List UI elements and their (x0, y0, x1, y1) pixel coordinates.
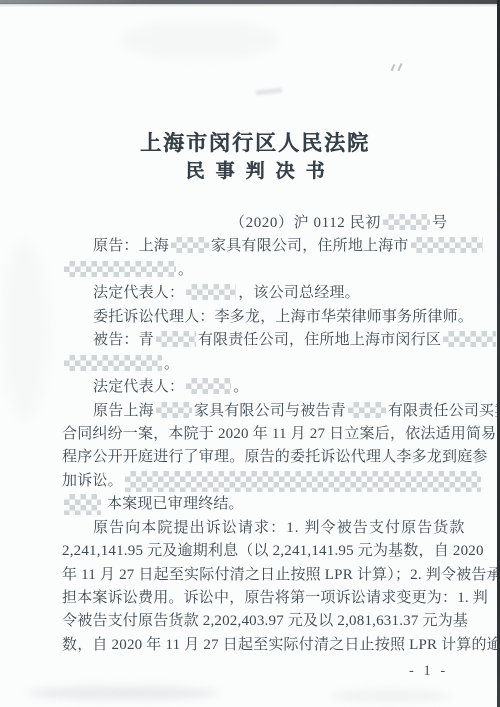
redaction-mosaic (64, 355, 162, 371)
text-segment: 原告：上海 (93, 238, 169, 254)
text-segment: 程序公开开庭进行了审理。原告的委托诉讼代理人李多龙到庭参 (62, 449, 488, 465)
text-line: 委托诉讼代理人：李多龙，上海市华荣律师事务所律师。 (62, 306, 468, 329)
redaction-mosaic (186, 378, 231, 394)
pencil-smudge (256, 88, 282, 96)
text-line: 原告：上海家具有限公司，住所地上海市 (62, 235, 468, 258)
text-segment: 。 (233, 379, 248, 395)
redaction-mosaic (348, 402, 386, 418)
text-segment: 法定代表人： (93, 285, 184, 301)
scan-smudge (330, 690, 450, 702)
text-line: 原告上海家具有限公司与被告青有限责任公司买卖 (62, 400, 468, 423)
scan-smudge (28, 686, 218, 700)
text-segment: 加诉讼。 (62, 473, 123, 489)
text-segment: 被告：青 (93, 332, 154, 348)
text-line: 。 (62, 259, 468, 282)
redaction-mosaic (125, 471, 481, 492)
text-segment: 令被告支付原告货款 2,202,403.97 元及以 2,081,631.37 … (62, 613, 468, 629)
text-line: 本案现已审理终结。 (62, 493, 468, 516)
text-line: 令被告支付原告货款 2,202,403.97 元及以 2,081,631.37 … (62, 610, 468, 633)
text-segment: 担本案诉讼费用。诉讼中，原告将第一项诉讼请求变更为：1. 判 (62, 590, 488, 606)
text-line: 2,241,141.95 元及逾期利息（以 2,241,141.95 元为基数，… (62, 540, 468, 563)
document-title: 民事判决书 (10, 161, 500, 183)
text-segment: 年 11 月 27 日起至实际付清之日止按照 LPR 计算）；2. 判令被告承 (62, 567, 500, 583)
redaction-mosaic (383, 214, 430, 230)
text-segment: 法定代表人： (93, 379, 184, 395)
text-line: 原告向本院提出诉讼请求：1. 判令被告支付原告货款 (62, 517, 468, 540)
redaction-mosaic (156, 331, 196, 347)
page-number: - 1 - (409, 663, 448, 680)
text-segment: 数，自 2020 年 11 月 27 日起至实际付清之日止按照 LPR 计算的逾 (62, 637, 500, 653)
text-segment: 有限责任公司买卖 (388, 403, 500, 419)
text-segment: 号 (432, 215, 448, 231)
redaction-mosaic (171, 237, 209, 253)
handwritten-mark (397, 63, 402, 71)
text-line: （2020）沪 0112 民初号 (62, 212, 468, 235)
text-line: 法定代表人：，该公司总经理。 (62, 282, 468, 305)
text-line: 被告：青有限责任公司，住所地上海市闵行区 (62, 329, 468, 352)
text-line: 法定代表人：。 (62, 376, 468, 399)
handwritten-mark (391, 64, 395, 71)
text-segment: 家具有限公司与被告青 (194, 403, 346, 419)
text-segment: ，该公司总经理。 (238, 285, 360, 301)
text-line: 数，自 2020 年 11 月 27 日起至实际付清之日止按照 LPR 计算的逾 (62, 634, 468, 657)
redaction-mosaic (186, 284, 236, 300)
document-body: （2020）沪 0112 民初号原告：上海家具有限公司，住所地上海市。法定代表人… (62, 212, 468, 657)
redaction-mosaic (64, 494, 101, 515)
text-line: 担本案诉讼费用。诉讼中，原告将第一项诉讼请求变更为：1. 判 (62, 587, 468, 610)
redaction-mosaic (411, 237, 483, 253)
scan-smudge (0, 240, 50, 420)
text-segment: 。 (178, 262, 193, 278)
scan-smudge (120, 20, 280, 60)
text-segment: 原告上海 (93, 403, 154, 419)
text-segment: 合同纠纷一案，本院于 2020 年 11 月 27 日立案后，依法适用简易 (62, 426, 496, 442)
text-segment: 有限责任公司，住所地上海市闵行区 (198, 332, 441, 348)
text-line: 。 (62, 353, 468, 376)
text-segment: 原告向本院提出诉讼请求：1. 判令被告支付原告货款 (93, 520, 466, 536)
text-line: 程序公开开庭进行了审理。原告的委托诉讼代理人李多龙到庭参 (62, 446, 468, 469)
text-line: 加诉讼。 (62, 470, 468, 493)
text-segment: （2020）沪 0112 民初 (230, 215, 381, 231)
text-line: 年 11 月 27 日起至实际付清之日止按照 LPR 计算）；2. 判令被告承 (62, 564, 468, 587)
text-segment: 家具有限公司，住所地上海市 (211, 238, 409, 254)
scan-edge-top-shadow (0, 3, 500, 7)
redaction-mosaic (64, 261, 176, 277)
text-segment: 2,241,141.95 元及逾期利息（以 2,241,141.95 元为基数，… (62, 543, 484, 559)
redaction-mosaic (443, 331, 496, 347)
judgment-page: 上海市闵行区人民法院 民事判决书 （2020）沪 0112 民初号原告：上海家具… (0, 0, 500, 707)
text-line: 合同纠纷一案，本院于 2020 年 11 月 27 日立案后，依法适用简易 (62, 423, 468, 446)
text-segment: 本案现已审理终结。 (103, 496, 244, 512)
text-segment: 。 (164, 356, 179, 372)
text-segment: 委托诉讼代理人：李多龙，上海市华荣律师事务所律师。 (93, 309, 473, 325)
document-header: 上海市闵行区人民法院 民事判决书 (10, 131, 500, 183)
court-name: 上海市闵行区人民法院 (10, 131, 500, 156)
redaction-mosaic (156, 402, 192, 418)
